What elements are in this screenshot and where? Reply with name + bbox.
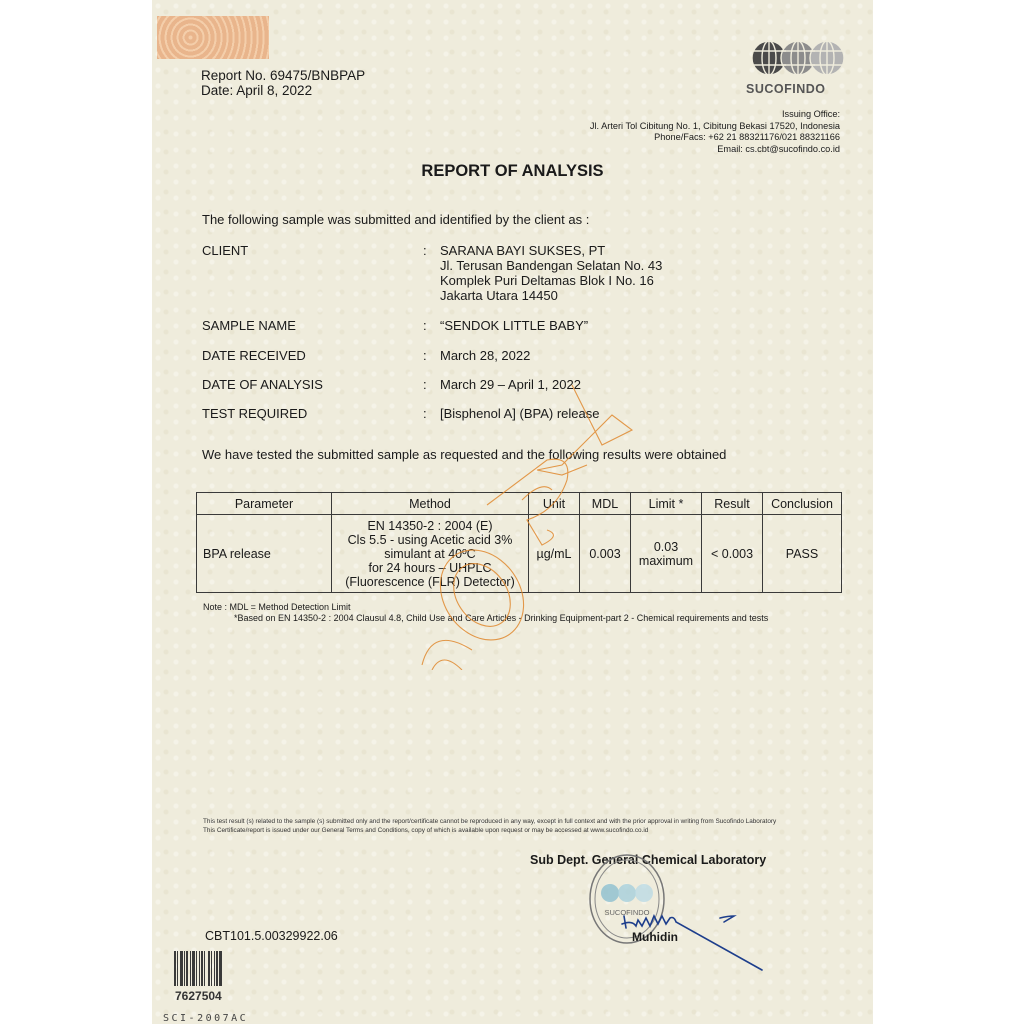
header-parameter: Parameter: [197, 493, 332, 515]
disclaimer-line-1: This test result (s) related to the samp…: [203, 818, 776, 827]
cell-unit: µg/mL: [529, 515, 580, 593]
disclaimer: This test result (s) related to the samp…: [203, 818, 776, 835]
report-number: Report No. 69475/BNBPAP: [201, 68, 365, 83]
table-header-row: Parameter Method Unit MDL Limit * Result…: [197, 493, 842, 515]
cell-conclusion: PASS: [763, 515, 842, 593]
method-line: EN 14350-2 : 2004 (E): [335, 519, 525, 533]
date-of-analysis-label: DATE OF ANALYSIS: [202, 377, 323, 392]
signature-icon: [602, 880, 772, 975]
form-code: SCI-2007AC: [163, 1013, 248, 1024]
colon: :: [423, 406, 427, 421]
colon: :: [423, 348, 427, 363]
logo-wordmark: SUCOFINDO: [746, 82, 826, 96]
test-required-label: TEST REQUIRED: [202, 406, 307, 421]
results-intro-text: We have tested the submitted sample as r…: [202, 447, 726, 462]
sample-name-value: “SENDOK LITTLE BABY”: [440, 318, 588, 333]
test-required-value: [Bisphenol A] (BPA) release: [440, 406, 599, 421]
certificate-code: CBT101.5.00329922.06: [205, 929, 338, 943]
header-result: Result: [702, 493, 763, 515]
document-title: REPORT OF ANALYSIS: [152, 162, 873, 181]
method-line: Cls 5.5 - using Acetic acid 3%: [335, 533, 525, 547]
security-seal-strip: [157, 16, 269, 59]
issuing-office-phone: Phone/Facs: +62 21 88321176/021 88321166: [590, 132, 840, 144]
disclaimer-line-2: This Certificate/report is issued under …: [203, 827, 776, 836]
cell-mdl: 0.003: [580, 515, 631, 593]
issuing-office-label: Issuing Office:: [590, 109, 840, 121]
method-line: simulant at 40ºC: [335, 547, 525, 561]
issuing-office-email: Email: cs.cbt@sucofindo.co.id: [590, 144, 840, 156]
cell-limit: 0.03 maximum: [631, 515, 702, 593]
note-mdl: Note : MDL = Method Detection Limit: [203, 602, 350, 613]
issuing-office-address: Jl. Arteri Tol Cibitung No. 1, Cibitung …: [590, 121, 840, 133]
colon: :: [423, 318, 427, 333]
client-address-line-2: Komplek Puri Deltamas Blok I No. 16: [440, 273, 662, 288]
colon: :: [423, 243, 427, 258]
cell-method: EN 14350-2 : 2004 (E) Cls 5.5 - using Ac…: [332, 515, 529, 593]
report-reference: Report No. 69475/BNBPAP Date: April 8, 2…: [201, 68, 365, 98]
intro-text: The following sample was submitted and i…: [202, 212, 589, 227]
limit-value: 0.03: [634, 540, 698, 554]
cell-result: < 0.003: [702, 515, 763, 593]
header-method: Method: [332, 493, 529, 515]
client-address-line-1: Jl. Terusan Bandengan Selatan No. 43: [440, 258, 662, 273]
barcode-icon: [174, 951, 243, 986]
colon: :: [423, 377, 427, 392]
client-address-line-3: Jakarta Utara 14450: [440, 288, 662, 303]
cell-parameter: BPA release: [197, 515, 332, 593]
method-line: for 24 hours – UHPLC: [335, 561, 525, 575]
results-table: Parameter Method Unit MDL Limit * Result…: [196, 492, 842, 593]
report-date: Date: April 8, 2022: [201, 83, 365, 98]
header-unit: Unit: [529, 493, 580, 515]
table-row: BPA release EN 14350-2 : 2004 (E) Cls 5.…: [197, 515, 842, 593]
client-value: SARANA BAYI SUKSES, PT Jl. Terusan Bande…: [440, 243, 662, 303]
sample-name-label: SAMPLE NAME: [202, 318, 296, 333]
header-limit: Limit *: [631, 493, 702, 515]
client-name: SARANA BAYI SUKSES, PT: [440, 243, 662, 258]
issuing-office: Issuing Office: Jl. Arteri Tol Cibitung …: [590, 109, 840, 155]
date-of-analysis-value: March 29 – April 1, 2022: [440, 377, 581, 392]
method-line: (Fluorescence (FLR) Detector): [335, 575, 525, 589]
limit-qualifier: maximum: [634, 554, 698, 568]
note-based-on: *Based on EN 14350-2 : 2004 Clausul 4.8,…: [234, 613, 768, 623]
header-conclusion: Conclusion: [763, 493, 842, 515]
barcode-number: 7627504: [175, 989, 222, 1003]
date-received-value: March 28, 2022: [440, 348, 530, 363]
header-mdl: MDL: [580, 493, 631, 515]
date-received-label: DATE RECEIVED: [202, 348, 306, 363]
report-page: Report No. 69475/BNBPAP Date: April 8, 2…: [152, 0, 873, 1024]
client-label: CLIENT: [202, 243, 248, 258]
